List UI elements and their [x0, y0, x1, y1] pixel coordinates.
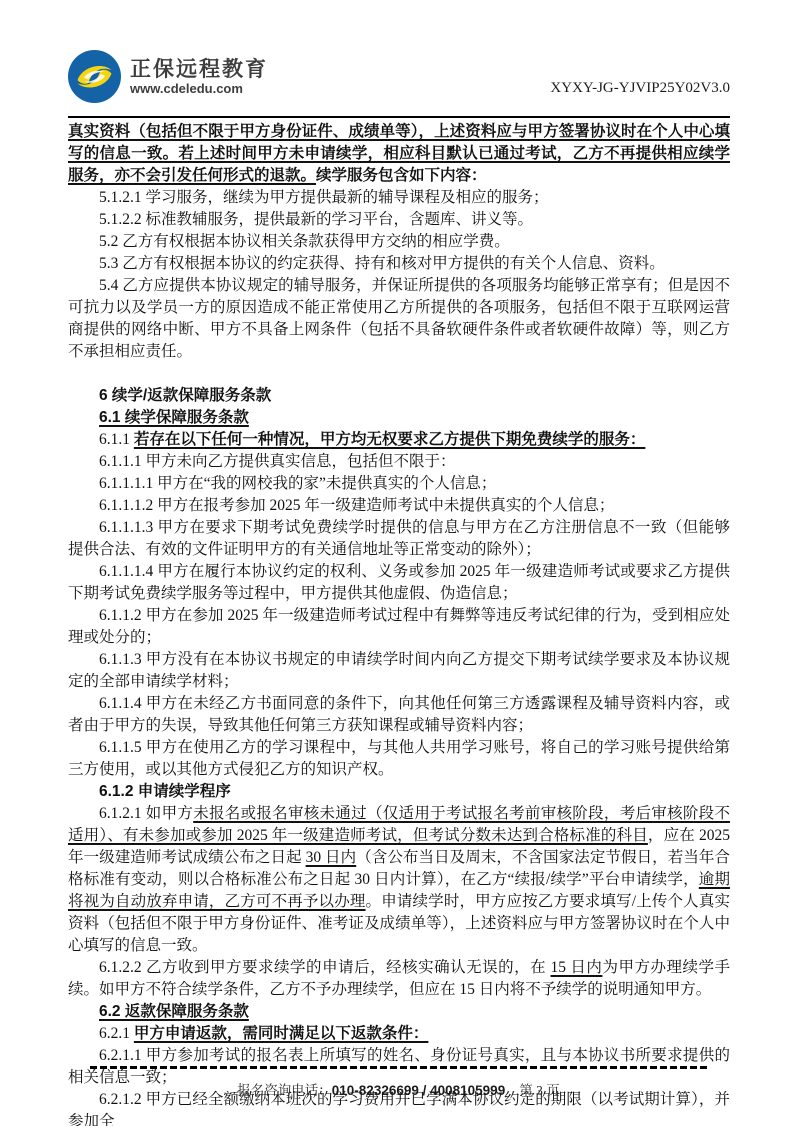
brand-name: 正保远程教育 — [130, 57, 268, 82]
text-run: 6.1.1.2 甲方在参加 2025 年一级建造师考试过程中有舞弊等违反考试纪律… — [68, 607, 730, 646]
footer-dashed-rule — [90, 1066, 710, 1069]
text-run: 30 日内 — [306, 849, 357, 866]
text-run: 5.4 乙方应提供本协议规定的辅导服务，并保证所提供的各项服务均能够正常享有；但… — [68, 277, 730, 360]
footer-phone-numbers: 010-82326699 / 4008105999 — [332, 1083, 505, 1098]
footer-page-number: 第 3 页 — [519, 1083, 560, 1098]
text-run: 6.1 续学保障服务条款 — [99, 409, 249, 426]
page-header: 正保远程教育 www.cdeledu.com XYXY-JG-YJVIP25Y0… — [68, 50, 730, 103]
paragraph: 6.1.2 申请续学程序 — [68, 781, 730, 803]
paragraph: 5.3 乙方有权根据本协议的约定获得、持有和核对甲方提供的有关个人信息、资料。 — [68, 253, 730, 275]
paragraph: 5.2 乙方有权根据本协议相关条款获得甲方交纳的相应学费。 — [68, 231, 730, 253]
paragraph: 5.1.2.1 学习服务，继续为甲方提供最新的辅导课程及相应的服务； — [68, 187, 730, 209]
paragraph: 真实资料（包括但不限于甲方身份证件、成绩单等），上述资料应与甲方签署协议时在个人… — [68, 121, 730, 187]
contract-page: 正保远程教育 www.cdeledu.com XYXY-JG-YJVIP25Y0… — [0, 0, 797, 1126]
brand-logo: 正保远程教育 www.cdeledu.com — [68, 50, 268, 103]
text-run: 5.3 乙方有权根据本协议的约定获得、持有和核对甲方提供的有关个人信息、资料。 — [99, 255, 665, 272]
page-footer: 报名咨询电话：010-82326699 / 4008105999第 3 页 — [0, 1079, 797, 1099]
text-run: 6 续学/返款保障服务条款 — [99, 387, 271, 404]
text-run: 6.2.1 — [99, 1025, 134, 1042]
text-run: 6.1.1.1.2 甲方在报考参加 2025 年一级建造师考试中未提供真实的个人… — [99, 497, 614, 514]
paragraph: 6.1.1.4 甲方在未经乙方书面同意的条件下，向其他任何第三方透露课程及辅导资… — [68, 693, 730, 737]
paragraph: 6.2.1 甲方申请返款，需同时满足以下返款条件： — [68, 1023, 730, 1045]
paragraph: 6.1.1.1.3 甲方在要求下期考试免费续学时提供的信息与甲方在乙方注册信息不… — [68, 517, 730, 561]
paragraph-spacer — [68, 363, 730, 385]
text-run: 甲方申请返款，需同时满足以下返款条件： — [134, 1025, 429, 1042]
text-run: 5.1.2.1 学习服务，继续为甲方提供最新的辅导课程及相应的服务； — [99, 189, 549, 206]
text-run: 15 日内 — [551, 959, 603, 976]
paragraph: 6.1.1.1.4 甲方在履行本协议约定的权利、义务或参加 2025 年一级建造… — [68, 561, 730, 605]
text-run: 5.2 乙方有权根据本协议相关条款获得甲方交纳的相应学费。 — [99, 233, 510, 250]
brand-text-block: 正保远程教育 www.cdeledu.com — [130, 57, 268, 96]
paragraph: 6.1.1.5 甲方在使用乙方的学习课程中，与其他人共用学习账号，将自己的学习账… — [68, 737, 730, 781]
text-run: 6.1.1 — [99, 431, 134, 448]
text-run: 6.1.1.1.3 甲方在要求下期考试免费续学时提供的信息与甲方在乙方注册信息不… — [68, 519, 730, 558]
paragraph: 6.1.1.1.2 甲方在报考参加 2025 年一级建造师考试中未提供真实的个人… — [68, 495, 730, 517]
text-run: 5.1.2.2 标准教辅服务，提供最新的学习平台，含题库、讲义等。 — [99, 211, 533, 228]
paragraph: 5.4 乙方应提供本协议规定的辅导服务，并保证所提供的各项服务均能够正常享有；但… — [68, 275, 730, 363]
text-run: 6.1.2.1 如甲方 — [99, 805, 193, 822]
text-run: 6.1.1.5 甲方在使用乙方的学习课程中，与其他人共用学习账号，将自己的学习账… — [68, 739, 730, 778]
paragraph: 6.1.1.1.1 甲方在“我的网校我的家”未提供真实的个人信息； — [68, 473, 730, 495]
brand-website: www.cdeledu.com — [130, 82, 268, 96]
text-run: 6.1.1.1.1 甲方在“我的网校我的家”未提供真实的个人信息； — [99, 475, 496, 492]
paragraph: 6.1 续学保障服务条款 — [68, 407, 730, 429]
footer-phone-label: 报名咨询电话： — [237, 1083, 332, 1098]
paragraph: 6.1.2.2 乙方收到甲方要求续学的申请后，经核实确认无误的，在 15 日内为… — [68, 957, 730, 1001]
paragraph: 6.1.1.1 甲方未向乙方提供真实信息，包括但不限于： — [68, 451, 730, 473]
paragraph: 6.1.1 若存在以下任何一种情况，甲方均无权要求乙方提供下期免费续学的服务： — [68, 429, 730, 451]
paragraph: 6.1.1.2 甲方在参加 2025 年一级建造师考试过程中有舞弊等违反考试纪律… — [68, 605, 730, 649]
paragraph: 6 续学/返款保障服务条款 — [68, 385, 730, 407]
paragraph: 6.1.1.3 甲方没有在本协议书规定的申请续学时间内向乙方提交下期考试续学要求… — [68, 649, 730, 693]
text-run: 6.1.1.1.4 甲方在履行本协议约定的权利、义务或参加 2025 年一级建造… — [68, 563, 730, 602]
document-body: 真实资料（包括但不限于甲方身份证件、成绩单等），上述资料应与甲方签署协议时在个人… — [68, 121, 730, 1126]
text-run: 6.2 返款保障服务条款 — [99, 1003, 249, 1020]
logo-swirl-icon — [68, 50, 121, 103]
text-run: 6.1.1.3 甲方没有在本协议书规定的申请续学时间内向乙方提交下期考试续学要求… — [68, 651, 730, 690]
paragraph: 6.1.2.1 如甲方未报名或报名审核未通过（仅适用于考试报名考前审核阶段，考后… — [68, 803, 730, 957]
text-run: 若存在以下任何一种情况，甲方均无权要求乙方提供下期免费续学的服务： — [134, 431, 646, 448]
text-run: 6.1.2 申请续学程序 — [99, 783, 231, 800]
paragraph: 5.1.2.2 标准教辅服务，提供最新的学习平台，含题库、讲义等。 — [68, 209, 730, 231]
text-run: 续学服务包含如下内容： — [316, 167, 487, 184]
paragraph: 6.2 返款保障服务条款 — [68, 1001, 730, 1023]
text-run: 6.1.2.2 乙方收到甲方要求续学的申请后，经核实确认无误的，在 — [99, 959, 551, 976]
text-run: 6.1.1.4 甲方在未经乙方书面同意的条件下，向其他任何第三方透露课程及辅导资… — [68, 695, 730, 734]
document-code: XYXY-JG-YJVIP25Y02V3.0 — [550, 80, 730, 103]
header-rule — [68, 116, 730, 118]
text-run: 6.1.1.1 甲方未向乙方提供真实信息，包括但不限于： — [99, 453, 456, 470]
